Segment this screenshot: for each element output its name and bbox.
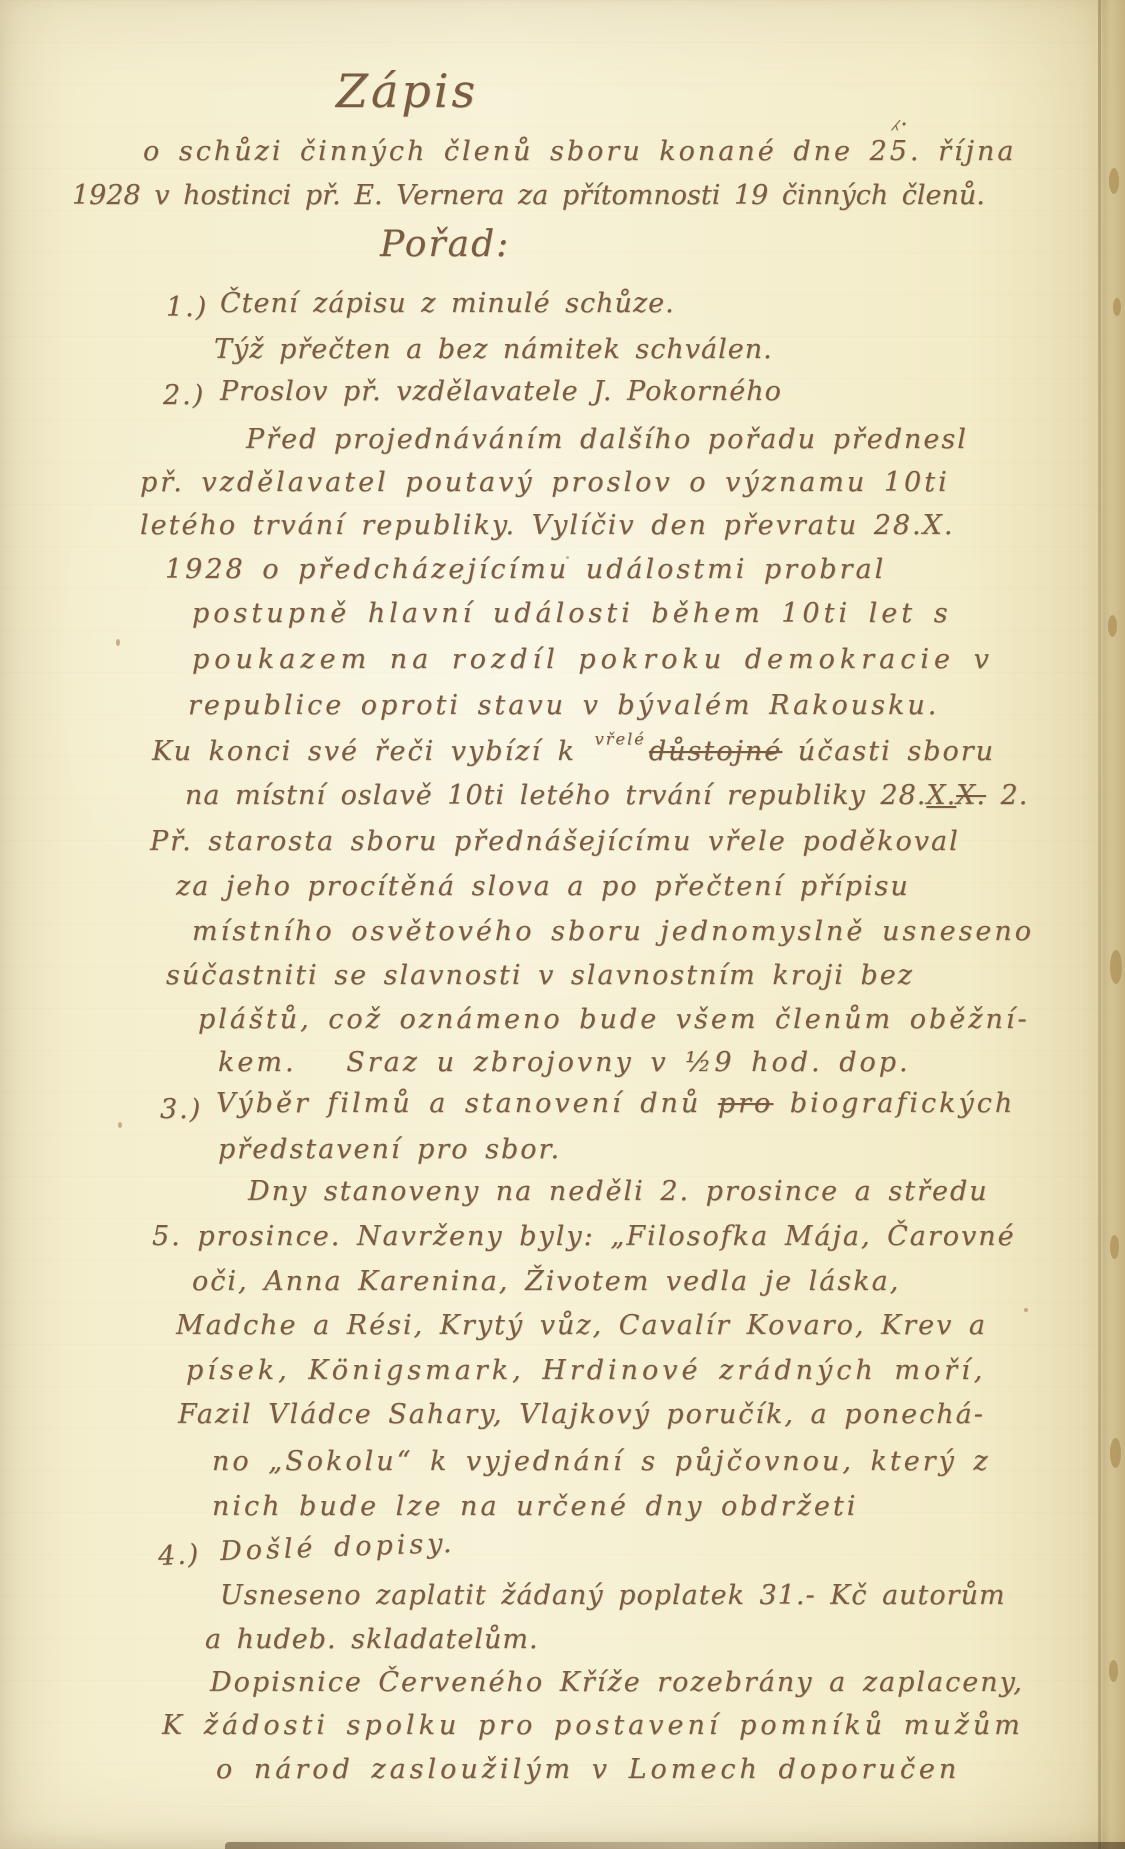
paragraph-line: Dopisnice Červeného Kříže rozebrány a za…	[210, 1667, 1024, 1698]
page-fold-crease	[1098, 0, 1101, 1849]
paper-tear	[1109, 168, 1119, 194]
text-segment: poukazem na rozdíl pokroku demokracie v	[192, 644, 994, 675]
paper-tear	[1110, 950, 1122, 984]
right-page-edge	[1099, 0, 1125, 1849]
paper-tear	[1109, 1660, 1118, 1682]
paragraph-line: 1928 o předcházejícímu událostmi probral	[165, 554, 886, 585]
agenda-heading: Pořad:	[380, 224, 510, 265]
text-segment: K žádosti spolku pro postavení pomníků m…	[162, 1710, 1024, 1741]
item-2-title: Proslov př. vzdělavatele J. Pokorného	[220, 376, 782, 407]
paragraph-line: republice oproti stavu v bývalém Rakousk…	[188, 690, 939, 721]
text-segment: oči, Anna Karenina, Životem vedla je lás…	[192, 1266, 900, 1297]
bottom-page-edge	[225, 1842, 1125, 1849]
paragraph-line: no „Sokolu“ k vyjednání s půjčovnou, kte…	[212, 1446, 991, 1477]
text-segment: postupně hlavní události během 10ti let …	[192, 598, 952, 629]
ink-speck	[116, 639, 120, 646]
text-segment: 1928 o předcházejícímu událostmi probral	[165, 554, 886, 585]
text-segment: Usneseno zaplatit žádaný poplatek 31.- K…	[220, 1580, 1006, 1611]
paragraph-line: letého trvání republiky. Vylíčiv den pře…	[140, 510, 954, 541]
text-segment: Pořad:	[380, 224, 510, 265]
paragraph-line: za jeho procítěná slova a po přečtení př…	[176, 871, 910, 902]
paragraph-line: př. vzdělavatel poutavý proslov o význam…	[140, 467, 950, 498]
paragraph-line: Usneseno zaplatit žádaný poplatek 31.- K…	[220, 1580, 1006, 1611]
text-segment: 2.)	[163, 380, 205, 411]
text-segment: Madche a Rési, Krytý vůz, Cavalír Kovaro…	[176, 1310, 987, 1341]
paper-tear	[1110, 1235, 1119, 1259]
text-segment: kem. Sraz u zbrojovny v ½9 hod. dop.	[218, 1047, 911, 1078]
header-line-1: o schůzi činných členů sboru konané dne …	[143, 136, 1017, 167]
inserted-correction-text: vřelé	[595, 730, 646, 749]
paragraph-line: 5. prosince. Navrženy byly: „Filosofka M…	[152, 1221, 1016, 1252]
paragraph-line: písek, Königsmark, Hrdinové zrádných moř…	[186, 1355, 986, 1386]
text-segment: Zápis	[336, 64, 478, 118]
paragraph-line: Dny stanoveny na neděli 2. prosince a st…	[248, 1176, 989, 1207]
paragraph-line: a hudeb. skladatelům.	[205, 1624, 539, 1655]
ink-speck	[118, 1122, 122, 1128]
paragraph-line: Př. starosta sboru přednášejícímu vřele …	[150, 826, 960, 857]
text-segment: 1928 v hostinci př. E. Vernera za přítom…	[72, 180, 985, 211]
text-segment: Proslov př. vzdělavatele J. Pokorného	[220, 376, 782, 407]
text-segment: letého trvání republiky. Vylíčiv den pře…	[140, 510, 954, 541]
paragraph-line: Madche a Rési, Krytý vůz, Cavalír Kovaro…	[176, 1310, 987, 1341]
text-segment: ⁁.	[893, 106, 910, 131]
paper-tear	[1110, 1438, 1121, 1468]
page-title: Zápis	[336, 64, 478, 118]
struck-text: důstojné	[649, 736, 782, 767]
text-segment: 4.)	[157, 1539, 201, 1572]
text-segment: na místní oslavě 10ti letého trvání repu…	[185, 780, 926, 811]
item-2-marker: 2.)	[163, 380, 205, 411]
text-segment: Před projednáváním dalšího pořadu předne…	[246, 424, 968, 455]
text-segment: biografických	[773, 1088, 1015, 1119]
text-segment: 2.	[986, 780, 1028, 811]
text-segment: účasti sboru	[782, 736, 995, 767]
paragraph-line: oči, Anna Karenina, Životem vedla je lás…	[192, 1266, 900, 1297]
text-segment: súčastniti se slavnosti v slavnostním kr…	[166, 960, 914, 991]
paragraph-line: postupně hlavní události během 10ti let …	[192, 598, 952, 629]
item-4-title: Došlé dopisy.	[220, 1528, 456, 1567]
text-segment: 5. prosince. Navrženy byly: „Filosofka M…	[152, 1221, 1016, 1252]
text-segment: republice oproti stavu v bývalém Rakousk…	[188, 690, 939, 721]
item-1-marker: 1.)	[166, 292, 208, 323]
text-segment: o národ zasloužilým v Lomech doporučen	[216, 1754, 960, 1785]
paragraph-line-corrected: Ku konci své řeči vybízí k vřelédůstojné…	[152, 736, 995, 767]
text-segment: místního osvětového sboru jednomyslně us…	[192, 916, 1034, 947]
text-segment: Výběr filmů a stanovení dnů	[216, 1088, 718, 1119]
header-line-2: 1928 v hostinci př. E. Vernera za přítom…	[72, 180, 985, 211]
text-segment: Došlé dopisy.	[220, 1528, 456, 1567]
text-segment: pláštů, což oznámeno bude všem členům ob…	[198, 1004, 1030, 1035]
paragraph-line: kem. Sraz u zbrojovny v ½9 hod. dop.	[218, 1047, 911, 1078]
text-segment: Dopisnice Červeného Kříže rozebrány a za…	[210, 1667, 1024, 1698]
item-4-marker: 4.)	[157, 1539, 201, 1572]
paragraph-line: súčastniti se slavnosti v slavnostním kr…	[166, 960, 914, 991]
insertion-mark: ⁁.	[893, 106, 910, 131]
text-segment: písek, Königsmark, Hrdinové zrádných moř…	[186, 1355, 986, 1386]
text-segment: no „Sokolu“ k vyjednání s půjčovnou, kte…	[212, 1446, 991, 1477]
struck-text: X.	[956, 780, 986, 811]
text-segment: a hudeb. skladatelům.	[205, 1624, 539, 1655]
text-segment: Čtení zápisu z minulé schůze.	[220, 288, 675, 319]
text-segment: Ku konci své řeči vybízí k	[152, 736, 592, 767]
paragraph-line: K žádosti spolku pro postavení pomníků m…	[162, 1710, 1024, 1741]
paragraph-line: místního osvětového sboru jednomyslně us…	[192, 916, 1034, 947]
text-segment: představení pro sbor.	[218, 1134, 561, 1165]
item-3-title-2: představení pro sbor.	[218, 1134, 561, 1165]
paragraph-line: o národ zasloužilým v Lomech doporučen	[216, 1754, 960, 1785]
text-segment: nich bude lze na určené dny obdržeti	[212, 1491, 858, 1522]
struck-text: pro	[718, 1088, 773, 1119]
paper-tear	[1108, 615, 1117, 637]
paragraph-line: pláštů, což oznámeno bude všem členům ob…	[198, 1004, 1030, 1035]
text-segment: Týž přečten a bez námitek schválen.	[214, 334, 773, 365]
text-segment: za jeho procítěná slova a po přečtení př…	[176, 871, 910, 902]
text-segment: Fazil Vládce Sahary, Vlajkový poručík, a…	[178, 1399, 985, 1430]
paper-tear	[1113, 298, 1121, 316]
text-segment: př. vzdělavatel poutavý proslov o význam…	[140, 467, 950, 498]
paragraph-line-corrected: na místní oslavě 10ti letého trvání repu…	[185, 780, 1028, 811]
paragraph-line: Před projednáváním dalšího pořadu předne…	[246, 424, 968, 455]
item-1-title: Čtení zápisu z minulé schůze.	[220, 288, 675, 319]
text-segment: 1.)	[166, 292, 208, 323]
text-segment: X.	[926, 780, 956, 811]
text-segment: Př. starosta sboru přednášejícímu vřele …	[150, 826, 960, 857]
item-1-body: Týž přečten a bez námitek schválen.	[214, 334, 773, 365]
paragraph-line: Fazil Vládce Sahary, Vlajkový poručík, a…	[178, 1399, 985, 1430]
manuscript-page: Zápis⁁.o schůzi činných členů sboru kona…	[0, 0, 1125, 1849]
text-segment: 3.)	[160, 1094, 202, 1125]
item-3-title: Výběr filmů a stanovení dnů pro biografi…	[216, 1088, 1015, 1119]
item-3-marker: 3.)	[160, 1094, 202, 1125]
text-segment: o schůzi činných členů sboru konané dne …	[143, 136, 1017, 167]
ink-speck	[1024, 1308, 1028, 1312]
paragraph-line: nich bude lze na určené dny obdržeti	[212, 1491, 858, 1522]
paragraph-line: poukazem na rozdíl pokroku demokracie v	[192, 644, 994, 675]
text-segment: Dny stanoveny na neděli 2. prosince a st…	[248, 1176, 989, 1207]
